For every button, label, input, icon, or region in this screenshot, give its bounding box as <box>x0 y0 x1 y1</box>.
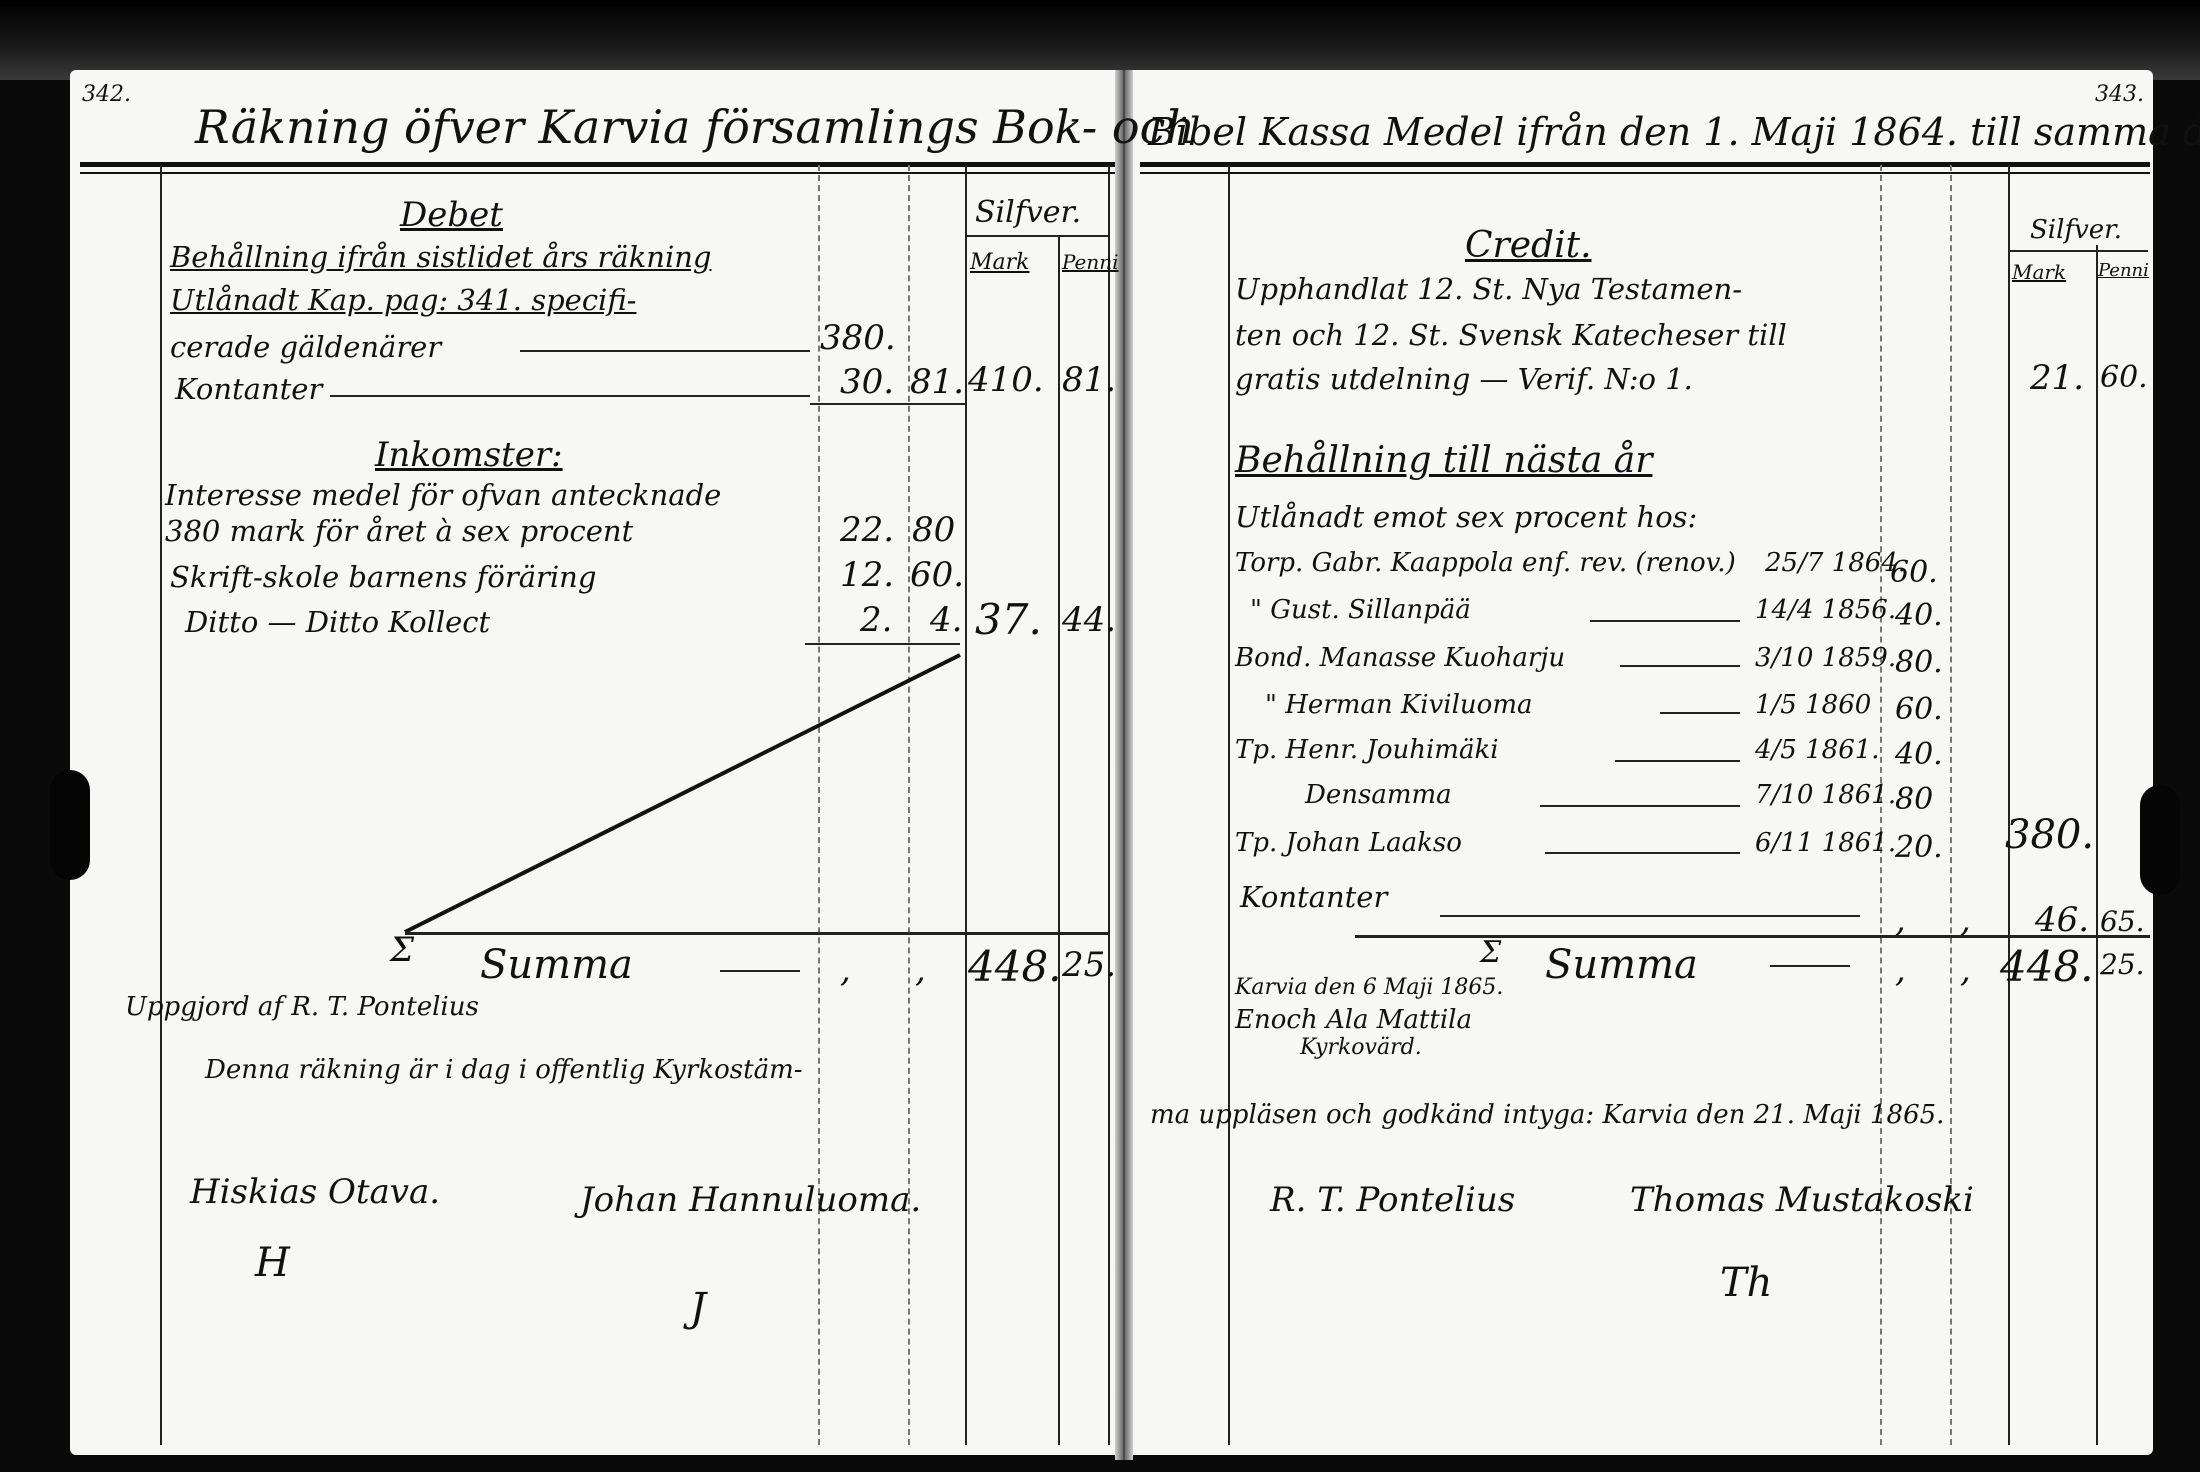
date-place: Karvia den 6 Maji 1865. <box>1235 975 1503 1000</box>
credit-total-a: , <box>1895 950 1906 990</box>
debet-total-penni: 25. <box>1062 945 1116 985</box>
loan-amount: 60. <box>1890 555 1938 590</box>
loan-amount: 80 <box>1895 782 1933 817</box>
fill-line <box>1440 915 1860 917</box>
signature-right-2: Thomas Mustakoski <box>1630 1180 1974 1220</box>
loan-date: 1/5 1860 <box>1755 690 1871 720</box>
signature-mark-right-2: Th <box>1720 1260 1772 1306</box>
balance-heading: Behållning till nästa år <box>1235 440 1652 481</box>
credit-total-penni: 25. <box>2100 948 2145 981</box>
debet-total-mark: 448. <box>968 942 1062 991</box>
credit-purchase-text: gratis utdelning — Verif. N:o 1. <box>1235 362 1693 396</box>
loan-name: Tp. Henr. Jouhimäki <box>1235 735 1499 765</box>
fill-line <box>1660 712 1740 714</box>
signature-right-1: R. T. Pontelius <box>1270 1180 1515 1220</box>
loan-name: " Herman Kiviluoma <box>1265 690 1533 720</box>
margin-line-right <box>1228 165 1230 1445</box>
signature-left-1: Hiskias Otava. <box>190 1172 440 1212</box>
loan-date: 3/10 1859. <box>1755 643 1896 673</box>
approval-text-left: Denna räkning är i dag i offentlig Kyrko… <box>205 1055 803 1085</box>
loan-amount: 80. <box>1895 645 1943 680</box>
loan-amount: 40. <box>1895 737 1943 772</box>
credit-total-b: , <box>1960 950 1971 990</box>
currency-header-right: Silfver. <box>2030 215 2122 245</box>
credit-total-mark: 448. <box>2000 942 2094 991</box>
credit-cash-mark: 46. <box>2035 900 2089 940</box>
loan-name: Bond. Manasse Kuoharju <box>1235 643 1565 673</box>
loan-date: 4/5 1861. <box>1755 735 1880 765</box>
church-warden-title: Kyrkovärd. <box>1300 1035 1422 1060</box>
fill-line <box>1545 852 1740 854</box>
loan-amount: 40. <box>1895 598 1943 633</box>
loan-date: 6/11 1861. <box>1755 828 1896 858</box>
fill-line <box>1540 805 1740 807</box>
signature-mark-left-1: H <box>255 1240 290 1286</box>
debet-total-a: , <box>840 950 851 990</box>
loan-date: 7/10 1861. <box>1755 780 1896 810</box>
col-line-b-right <box>1950 165 1952 1445</box>
fill-line <box>1770 965 1850 967</box>
credit-purchase-penni: 60. <box>2100 360 2148 395</box>
credit-purchase-text: Upphandlat 12. St. Nya Testamen- <box>1235 272 1742 306</box>
col-penni-right: Penni <box>2098 260 2149 281</box>
fill-line <box>1620 665 1740 667</box>
credit-cash-label: Kontanter <box>1240 880 1387 914</box>
loans-total-mark: 380. <box>2005 812 2094 858</box>
prepared-by: Uppgjord af R. T. Pontelius <box>125 992 479 1022</box>
loan-name: " Gust. Sillanpää <box>1250 595 1471 625</box>
header-divider-right <box>2008 250 2148 252</box>
col-line-mark-right <box>2008 165 2010 1445</box>
credit-cash-penni: 65. <box>2100 905 2145 938</box>
signature-left-2: Johan Hannuluoma. <box>580 1180 921 1220</box>
loan-intro: Utlånadt emot sex procent hos: <box>1235 500 1697 534</box>
credit-total-label: Summa <box>1545 942 1698 988</box>
summa-symbol-left: Σ <box>390 930 414 970</box>
loan-amount: 60. <box>1895 692 1943 727</box>
church-warden: Enoch Ala Mattila <box>1235 1005 1472 1035</box>
loan-amount: 20. <box>1895 830 1943 865</box>
total-rule-left <box>405 932 1108 935</box>
signature-mark-left-2: J <box>690 1285 706 1331</box>
credit-cash-b: , <box>1960 900 1971 940</box>
col-line-penni-right <box>2096 245 2098 1445</box>
approval-text-right: ma uppläsen och godkänd intyga: Karvia d… <box>1150 1100 1944 1130</box>
debet-total-b: , <box>915 950 926 990</box>
total-rule-right <box>1355 935 2150 938</box>
summa-symbol-right: Σ <box>1480 935 1501 970</box>
col-mark-right: Mark <box>2012 260 2066 284</box>
loan-date: 14/4 1856. <box>1755 595 1896 625</box>
loan-name: Densamma <box>1305 780 1452 810</box>
debet-total-label: Summa <box>480 942 633 988</box>
loan-name: Torp. Gabr. Kaappola enf. rev. (renov.) <box>1235 548 1736 578</box>
loan-name: Tp. Johan Laakso <box>1235 828 1462 858</box>
fill-line <box>1615 760 1740 762</box>
credit-cash-a: , <box>1895 900 1906 940</box>
credit-heading: Credit. <box>1465 225 1592 266</box>
fill-line <box>720 970 800 972</box>
fill-line <box>1590 620 1740 622</box>
loan-date: 25/7 1864. <box>1765 548 1906 578</box>
credit-purchase-text: ten och 12. St. Svensk Katecheser till <box>1235 318 1787 352</box>
credit-purchase-mark: 21. <box>2030 358 2084 398</box>
